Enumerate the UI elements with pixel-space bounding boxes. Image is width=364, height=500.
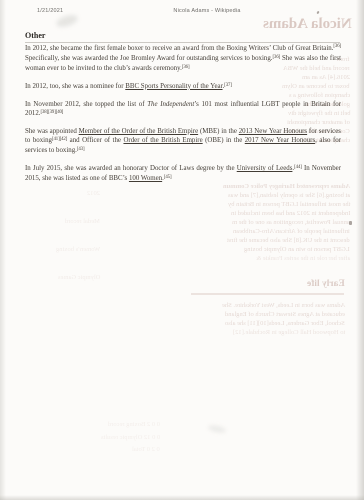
bleed-text: Nicola Adams [263, 20, 352, 28]
bleed-text: at boxing.[6] She is openly lesbian,[7] … [228, 192, 350, 200]
scan-speck [316, 11, 319, 15]
print-header-date: 1/21/2021 [37, 8, 63, 14]
text-run: She was appointed [25, 128, 79, 135]
text-run: (MBE) in the [198, 128, 239, 135]
page-edge-left [0, 0, 6, 500]
text-run: Specifically, she was awarded the Joe Br… [25, 55, 273, 62]
reference-marker: [36] [333, 44, 341, 49]
wiki-link[interactable]: 100 Women [129, 175, 162, 182]
text-run: and Officer of the [67, 137, 123, 144]
bleed-text: 0 0 12 Olympic results [101, 434, 160, 442]
bleed-text: annual Powerlist, recognition as one of … [232, 219, 350, 227]
scan-speck [349, 221, 352, 225]
text-run: In November 2012, she topped the list of [25, 101, 147, 108]
bleed-text: School, Ebor Gardens, Leeds[10][11] she … [225, 320, 345, 328]
paragraph: In November 2012, she topped the list of… [25, 100, 341, 120]
bleed-text: Independent in 2012 and has been include… [231, 210, 350, 218]
bleed-text: 0 2 0 Total [132, 446, 160, 454]
paragraph: In July 2015, she was awarded an honorar… [25, 164, 341, 185]
reference-marker: [37] [224, 83, 232, 88]
paragraph: In 2012, she became the first female box… [25, 44, 341, 75]
section-heading: Other [25, 31, 45, 40]
wiki-link[interactable]: BBC Sports Personality of the Year [125, 83, 222, 90]
paragraph: She was appointed Member of the Order of… [25, 127, 341, 157]
article-body: In 2012, she became the first female box… [25, 44, 341, 193]
printed-page: Nicola Adamsfromrecord and held the WBA2… [0, 0, 364, 500]
wiki-link[interactable]: 2013 New Year Honours [239, 128, 307, 135]
bleed-heading-rule [191, 293, 344, 295]
text-run: In 2012, she became the first female box… [25, 45, 333, 52]
bleed-text: Olympic Games [58, 274, 100, 282]
wiki-link[interactable]: 2017 New Year Honours [245, 137, 315, 144]
reference-marker: [45] [164, 175, 172, 180]
text-run: In July 2015, she was awarded an honorar… [25, 165, 237, 172]
bleed-text: descent in the UK.[8] She also became th… [227, 237, 350, 245]
reference-marker: [43] [77, 147, 85, 152]
bleed-text: influential people of African/Afro-Carib… [233, 228, 350, 236]
bleed-text: Medal record [65, 218, 100, 226]
reference-marker: [44] [294, 165, 302, 170]
italic-title: The Independent [147, 101, 194, 108]
bleed-text: the most influential LGBT person in Brit… [228, 201, 350, 209]
bleed-text: Early life [307, 280, 345, 288]
reference-marker: [36] [182, 65, 190, 70]
wiki-link[interactable]: Order of the British Empire [123, 137, 202, 144]
bleed-text: LGBT person to win an Olympic boxing [244, 246, 350, 254]
bleed-text: after her role in the series Frankie & [256, 255, 350, 263]
scan-smudge [208, 424, 227, 434]
bleed-text: educated at Agnes Stewart Church of Engl… [225, 311, 345, 319]
bleed-text: Women’s boxing [56, 246, 100, 254]
text-run: In 2012, too, she was a nominee for [25, 83, 125, 90]
page-edge-bottom [0, 495, 364, 500]
wiki-link[interactable]: Member of the Order of the British Empir… [79, 128, 198, 135]
paragraph: In 2012, too, she was a nominee for BBC … [25, 82, 341, 92]
reference-marker: [38][39][40] [41, 110, 64, 115]
bleed-text: 0 0 2 Boxing record [108, 421, 160, 429]
scan-smudge [55, 13, 79, 29]
print-header-title: Nicola Adams - Wikipedia [110, 8, 304, 14]
page-edge-right [356, 0, 364, 500]
wiki-link[interactable]: University of Leeds [237, 165, 293, 172]
bleed-text: to Hopwood Hall College in Rochdale.[12] [233, 329, 345, 337]
bleed-text: Adams was born in Leeds, West Yorkshire.… [222, 302, 345, 310]
text-run: (OBE) in the [203, 137, 245, 144]
reference-marker: [36] [273, 55, 281, 60]
reference-marker: [41][42] [52, 137, 67, 142]
